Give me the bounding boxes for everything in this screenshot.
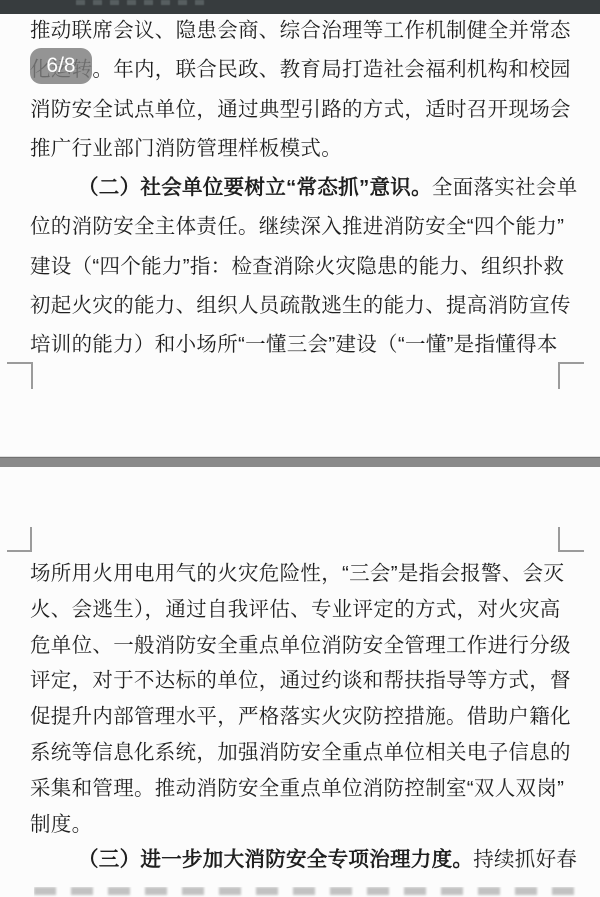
next-line-faint-glyphs xyxy=(34,887,582,895)
text-run: 持续抓好春 xyxy=(473,848,577,871)
page-separator xyxy=(0,457,600,467)
text-run: 消防安全试点单位，通过典型引路的方式，适时召开现场会 xyxy=(30,98,571,121)
text-run-bold: （三）进一步加大消防安全专项治理力度。 xyxy=(78,848,473,871)
text-run: 推动联席会议、隐患会商、综合治理等工作机制健全并常态 xyxy=(30,19,571,42)
text-line: 采集和管理。推动消防安全重点单位消防控制室“双人双岗” xyxy=(30,771,570,807)
toolbar-remnant-glyphs xyxy=(76,0,208,5)
text-line: 消防安全试点单位，通过典型引路的方式，适时召开现场会 xyxy=(30,90,570,129)
text-run: 位的消防安全主体责任。继续深入推进消防安全“四个能力” xyxy=(30,215,564,238)
text-line: （二）社会单位要树立“常态抓”意识。全面落实社会单 xyxy=(30,168,570,207)
crop-mark-page7-left xyxy=(7,550,32,552)
text-line: 场所用火用电用气的火灾危险性，“三会”是指会报警、会灭 xyxy=(30,556,570,592)
text-run: 推广行业部门消防管理样板模式。 xyxy=(30,137,342,160)
text-run: 评定，对于不达标的单位，通过约谈和帮扶指导等方式，督 xyxy=(30,669,571,692)
crop-mark-page7-right xyxy=(558,527,560,552)
text-run: 制度。 xyxy=(30,813,92,836)
text-run: 全面落实社会单 xyxy=(432,176,578,199)
text-line: 促提升内部管理水平，严格落实火灾防控措施。借助户籍化 xyxy=(30,699,570,735)
text-line: 推广行业部门消防管理样板模式。 xyxy=(30,129,570,168)
crop-mark-page7-left xyxy=(30,527,32,552)
text-line: 火、会逃生），通过自我评估、专业评定的方式，对火灾高 xyxy=(30,592,570,628)
text-run: 培训的能力）和小场所“一懂三会”建设（“一懂”是指懂得本 xyxy=(30,333,558,356)
text-run: 化运转。年内，联合民政、教育局打造社会福利机构和校园 xyxy=(30,58,571,81)
crop-mark-page6-left xyxy=(7,362,33,364)
text-line: 评定，对于不达标的单位，通过约谈和帮扶指导等方式，督 xyxy=(30,663,570,699)
text-line: （三）进一步加大消防安全专项治理力度。持续抓好春 xyxy=(30,842,570,878)
text-line: 危单位、一般消防安全重点单位消防安全管理工作进行分级 xyxy=(30,628,570,664)
text-line: 制度。 xyxy=(30,807,570,843)
text-run: 系统等信息化系统，加强消防安全重点单位相关电子信息的 xyxy=(30,741,571,764)
text-run: 火、会逃生），通过自我评估、专业评定的方式，对火灾高 xyxy=(30,598,561,621)
top-toolbar xyxy=(0,0,600,14)
text-line: 建设（“四个能力”指：检查消除火灾隐患的能力、组织扑救 xyxy=(30,247,570,286)
text-line: 化运转。年内，联合民政、教育局打造社会福利机构和校园 xyxy=(30,50,570,89)
text-run: 初起火灾的能力、组织人员疏散逃生的能力、提高消防宣传 xyxy=(30,294,571,317)
text-line: 位的消防安全主体责任。继续深入推进消防安全“四个能力” xyxy=(30,207,570,246)
crop-mark-page6-right xyxy=(558,362,560,389)
text-line: 系统等信息化系统，加强消防安全重点单位相关电子信息的 xyxy=(30,735,570,771)
page-6-text: 推动联席会议、隐患会商、综合治理等工作机制健全并常态化运转。年内，联合民政、教育… xyxy=(30,11,570,365)
text-line: 培训的能力）和小场所“一懂三会”建设（“一懂”是指懂得本 xyxy=(30,325,570,364)
next-line-faint xyxy=(34,887,582,897)
page-7-text: 场所用火用电用气的火灾危险性，“三会”是指会报警、会灭火、会逃生），通过自我评估… xyxy=(30,556,570,878)
document-viewer-screen: 6/8 推动联席会议、隐患会商、综合治理等工作机制健全并常态化运转。年内，联合民… xyxy=(0,0,600,897)
page-indicator-badge[interactable]: 6/8 xyxy=(30,48,92,84)
text-line: 推动联席会议、隐患会商、综合治理等工作机制健全并常态 xyxy=(30,11,570,50)
document-scroll-area[interactable]: 推动联席会议、隐患会商、综合治理等工作机制健全并常态化运转。年内，联合民政、教育… xyxy=(0,0,600,897)
text-line: 初起火灾的能力、组织人员疏散逃生的能力、提高消防宣传 xyxy=(30,286,570,325)
crop-mark-page6-left xyxy=(31,362,33,389)
crop-mark-page7-right xyxy=(558,550,584,552)
text-run: 建设（“四个能力”指：检查消除火灾隐患的能力、组织扑救 xyxy=(30,255,564,278)
text-run: 危单位、一般消防安全重点单位消防安全管理工作进行分级 xyxy=(30,634,571,657)
crop-mark-page6-right xyxy=(558,362,584,364)
text-run: 促提升内部管理水平，严格落实火灾防控措施。借助户籍化 xyxy=(30,705,571,728)
text-run: 场所用火用电用气的火灾危险性，“三会”是指会报警、会灭 xyxy=(30,562,564,585)
text-run: 采集和管理。推动消防安全重点单位消防控制室“双人双岗” xyxy=(30,777,564,800)
text-run-bold: （二）社会单位要树立“常态抓”意识。 xyxy=(78,176,432,199)
